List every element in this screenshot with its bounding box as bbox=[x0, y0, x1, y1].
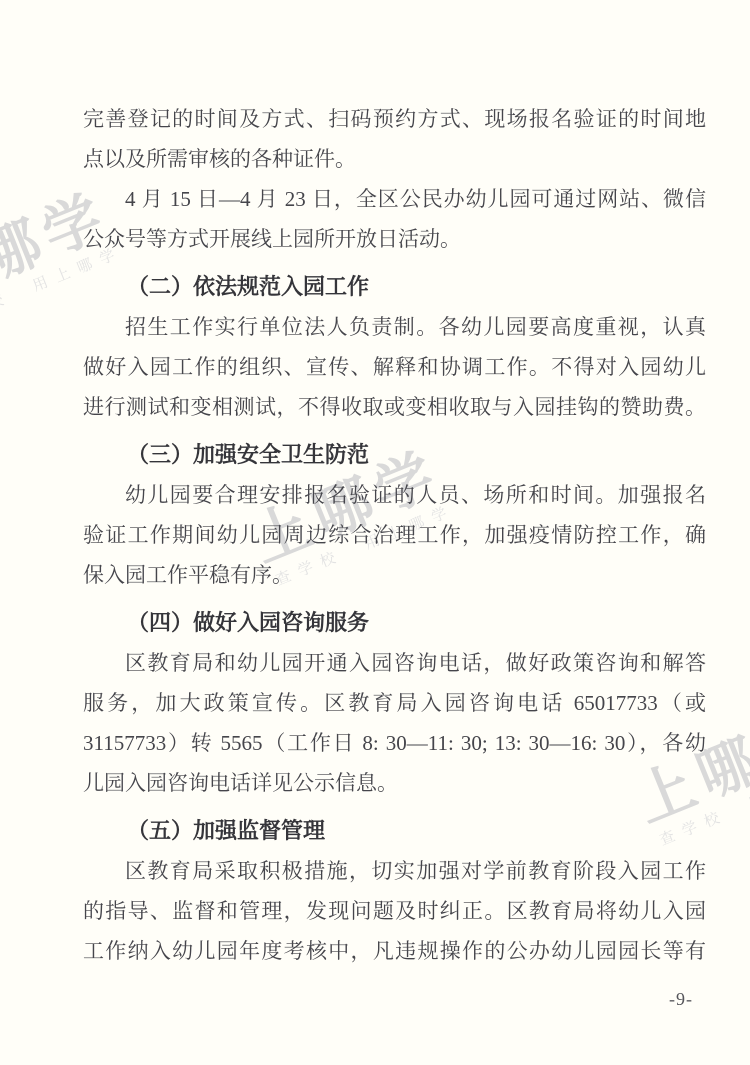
text-line: 招生工作实行单位法人负责制。各幼儿园要高度重视，认真 bbox=[83, 307, 706, 347]
section-heading: （五）加强监督管理 bbox=[83, 811, 706, 851]
paragraph: 区教育局采取积极措施，切实加强对学前教育阶段入园工作的指导、监督和管理，发现问题… bbox=[83, 851, 706, 971]
paragraph: 招生工作实行单位法人负责制。各幼儿园要高度重视，认真做好入园工作的组织、宣传、解… bbox=[83, 307, 706, 427]
text-line: 4 月 15 日—4 月 23 日，全区公民办幼儿园可通过网站、微信 bbox=[83, 179, 706, 219]
paragraph: 幼儿园要合理安排报名验证的人员、场所和时间。加强报名验证工作期间幼儿园周边综合治… bbox=[83, 475, 706, 595]
paragraph: 4 月 15 日—4 月 23 日，全区公民办幼儿园可通过网站、微信公众号等方式… bbox=[83, 179, 706, 259]
text-line: 公众号等方式开展线上园所开放日活动。 bbox=[83, 219, 706, 259]
text-line: 区教育局和幼儿园开通入园咨询电话，做好政策咨询和解答 bbox=[83, 643, 706, 683]
text-line: 区教育局采取积极措施，切实加强对学前教育阶段入园工作 bbox=[83, 851, 706, 891]
section-heading: （三）加强安全卫生防范 bbox=[83, 435, 706, 475]
text-line: （三）加强安全卫生防范 bbox=[83, 435, 706, 475]
text-line: 幼儿园要合理安排报名验证的人员、场所和时间。加强报名 bbox=[83, 475, 706, 515]
text-line: （二）依法规范入园工作 bbox=[83, 267, 706, 307]
text-line: 完善登记的时间及方式、扫码预约方式、现场报名验证的时间地 bbox=[83, 99, 706, 139]
text-line: 进行测试和变相测试，不得收取或变相收取与入园挂钩的赞助费。 bbox=[83, 387, 706, 427]
text-line: 点以及所需审核的各种证件。 bbox=[83, 139, 706, 179]
document-body: 完善登记的时间及方式、扫码预约方式、现场报名验证的时间地点以及所需审核的各种证件… bbox=[83, 99, 706, 971]
paragraph: 完善登记的时间及方式、扫码预约方式、现场报名验证的时间地点以及所需审核的各种证件… bbox=[83, 99, 706, 179]
text-line: 的指导、监督和管理，发现问题及时纠正。区教育局将幼儿入园 bbox=[83, 891, 706, 931]
text-line: 工作纳入幼儿园年度考核中，凡违规操作的公办幼儿园园长等有 bbox=[83, 931, 706, 971]
text-line: 验证工作期间幼儿园周边综合治理工作，加强疫情防控工作，确 bbox=[83, 515, 706, 555]
section-heading: （二）依法规范入园工作 bbox=[83, 267, 706, 307]
scanned-document-page: 上哪学 查学校 用上哪学 上哪学 查学校 用上哪学 上哪学 查学校 用上哪学 完… bbox=[0, 0, 750, 1065]
text-line: 保入园工作平稳有序。 bbox=[83, 555, 706, 595]
paragraph: 区教育局和幼儿园开通入园咨询电话，做好政策咨询和解答服务，加大政策宣传。区教育局… bbox=[83, 643, 706, 803]
text-line: 服务，加大政策宣传。区教育局入园咨询电话 65017733（或 bbox=[83, 683, 706, 723]
section-heading: （四）做好入园咨询服务 bbox=[83, 603, 706, 643]
text-line: （五）加强监督管理 bbox=[83, 811, 706, 851]
text-line: 31157733）转 5565（工作日 8: 30—11: 30; 13: 30… bbox=[83, 723, 706, 763]
text-line: 做好入园工作的组织、宣传、解释和协调工作。不得对入园幼儿 bbox=[83, 347, 706, 387]
page-number: -9- bbox=[669, 988, 693, 1010]
text-line: 儿园入园咨询电话详见公示信息。 bbox=[83, 763, 706, 803]
text-line: （四）做好入园咨询服务 bbox=[83, 603, 706, 643]
